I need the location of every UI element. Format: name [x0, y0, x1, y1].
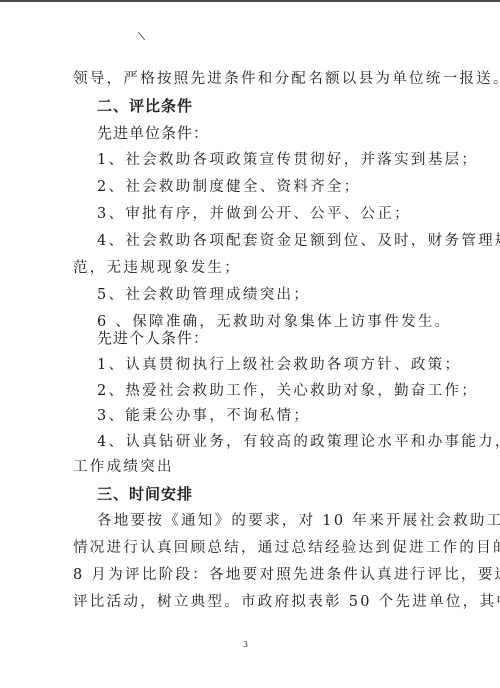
paragraph-line: 评比活动，树立典型。市政府拟表彰 50 个先进单位，其中 3 [73, 592, 425, 612]
list-item: 1、认真贯彻执行上级社会救助各项方针、政策； [97, 355, 449, 375]
list-item: 4、社会救助各项配套资金足额到位、及时，财务管理规 [97, 231, 449, 251]
list-item-continued: 范，无违规现象发生； [73, 258, 425, 278]
list-item: 3、能秉公办事，不询私情； [97, 406, 449, 426]
subheading-advanced-individual-criteria: 先进个人条件： [97, 328, 449, 348]
list-item: 4、认真钻研业务，有较高的政策理论水平和办事能力， [97, 432, 449, 452]
list-item: 1、社会救助各项政策宣传贯彻好，并落实到基层； [97, 150, 449, 170]
scan-mark [138, 32, 145, 40]
list-item: 3、审批有序，并做到公开、公平、公正； [97, 204, 449, 224]
scan-top-edge [0, 0, 500, 2]
list-item: 2、热爱社会救助工作，关心救助对象，勤奋工作； [97, 381, 449, 401]
paragraph-line: 情况进行认真回顾总结，通过总结经验达到促进工作的目的。 [73, 538, 425, 558]
page-number: 3 [243, 640, 248, 649]
list-item: 5、社会救助管理成绩突出； [97, 285, 449, 305]
paragraph-line: 各地要按《通知》的要求，对 10 年来开展社会救助工作 [97, 511, 449, 531]
subheading-advanced-unit-criteria: 先进单位条件： [97, 123, 449, 143]
section-heading-evaluation-criteria: 二、评比条件 [97, 96, 449, 116]
body-line: 领导，严格按照先进条件和分配名额以县为单位统一报送。 [73, 69, 425, 89]
list-item: 2、社会救助制度健全、资料齐全； [97, 177, 449, 197]
paragraph-line: 8 月为评比阶段：各地要对照先进条件认真进行评比，要通过 [73, 565, 425, 585]
list-item-continued: 工作成绩突出 [73, 457, 425, 477]
section-heading-schedule: 三、时间安排 [97, 484, 449, 504]
